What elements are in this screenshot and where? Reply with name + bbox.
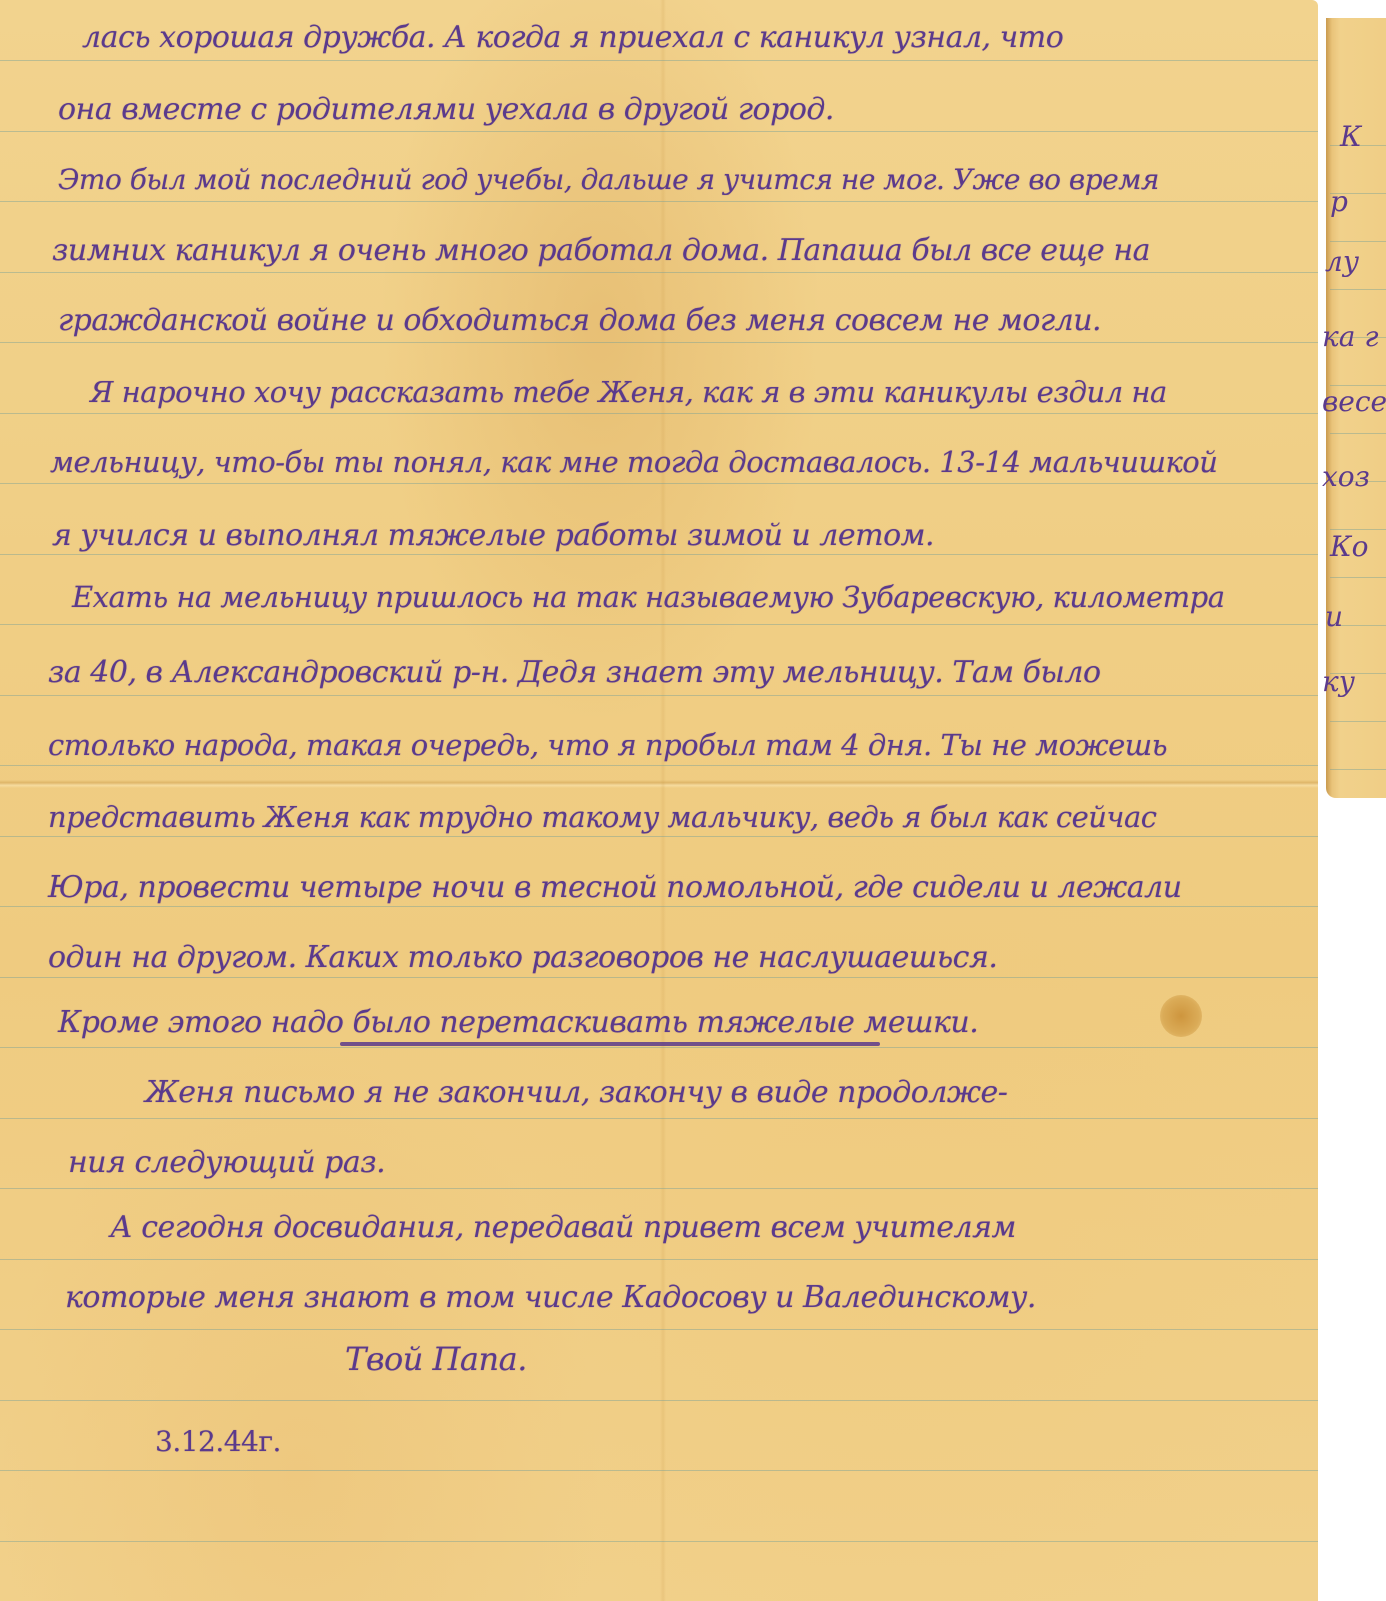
ruled-line [0,1470,1318,1471]
ruled-line [0,201,1318,202]
side-ruled-line [1330,721,1386,722]
letter-line-16: Женя письмо я не закончил, закончу в вид… [145,1075,1007,1110]
side-fragment: К [1340,120,1362,153]
side-ruled-line [1330,769,1386,770]
letter-line-4: зимних каникул я очень много работал дом… [52,233,1150,268]
ruled-line [0,1400,1318,1401]
ruled-line [0,554,1318,555]
letter-line-19: которые меня знают в том числе Кадосову … [65,1280,1036,1315]
ruled-line [0,695,1318,696]
ruled-line [0,1259,1318,1260]
ink-stain [1160,995,1202,1037]
side-fragment: весе [1322,385,1386,418]
letter-line-17: ния следующий раз. [68,1145,385,1180]
ruled-line [0,1118,1318,1119]
ruled-line [0,272,1318,273]
letter-line-9: Ехать на мельницу пришлось на так называ… [72,580,1225,614]
letter-line-7: мельницу, что-бы ты понял, как мне тогда… [50,445,1217,479]
ruled-line [0,60,1318,61]
side-ruled-line [1330,289,1386,290]
side-fragment: ку [1322,665,1355,698]
letter-line-1: лась хорошая дружба. А когда я приехал с… [82,20,1063,55]
side-fragment: и [1325,600,1343,633]
side-fragment: ка г [1322,320,1378,353]
side-fragment: лу [1325,245,1359,278]
side-fragment: р [1330,185,1348,218]
side-ruled-line [1330,433,1386,434]
paper-fold-horizontal [0,780,1318,788]
ruled-line [0,906,1318,907]
side-fragment: хоз [1322,460,1370,493]
ruled-line [0,1047,1318,1048]
letter-line-13: Юра, провести четыре ночи в тесной помол… [48,870,1182,905]
ruled-line [0,977,1318,978]
letter-line-12: представить Женя как трудно такому мальч… [48,800,1157,834]
letter-line-2: она вместе с родителями уехала в другой … [58,92,834,127]
ruled-line [0,1188,1318,1189]
ruled-line [0,483,1318,484]
letter-line-10: за 40, в Александровский р-н. Дедя знает… [48,655,1101,690]
letter-line-15: Кроме этого надо было перетаскивать тяже… [58,1005,978,1040]
ruled-line [0,131,1318,132]
underline-mark [340,1042,880,1046]
letter-line-3: Это был мой последний год учебы, дальше … [58,163,1159,196]
letter-line-11: столько народа, такая очередь, что я про… [48,728,1167,762]
signature: Твой Папа. [345,1340,527,1378]
ruled-line [0,765,1318,766]
side-ruled-line [1330,577,1386,578]
ruled-line [0,624,1318,625]
ruled-line [0,413,1318,414]
ruled-line [0,1541,1318,1542]
letter-line-8: я учился и выполнял тяжелые работы зимой… [52,518,934,553]
letter-line-18: А сегодня досвидания, передавай привет в… [110,1210,1016,1245]
ruled-line [0,342,1318,343]
ruled-line [0,1329,1318,1330]
ruled-line [0,836,1318,837]
letter-line-5: гражданской войне и обходиться дома без … [58,303,1101,338]
letter-line-6: Я нарочно хочу рассказать тебе Женя, как… [90,375,1167,409]
letter-line-14: один на другом. Каких только разговоров … [48,940,997,975]
letter-date: 3.12.44г. [155,1425,281,1458]
side-fragment: Ко [1330,530,1369,563]
side-ruled-line [1330,241,1386,242]
